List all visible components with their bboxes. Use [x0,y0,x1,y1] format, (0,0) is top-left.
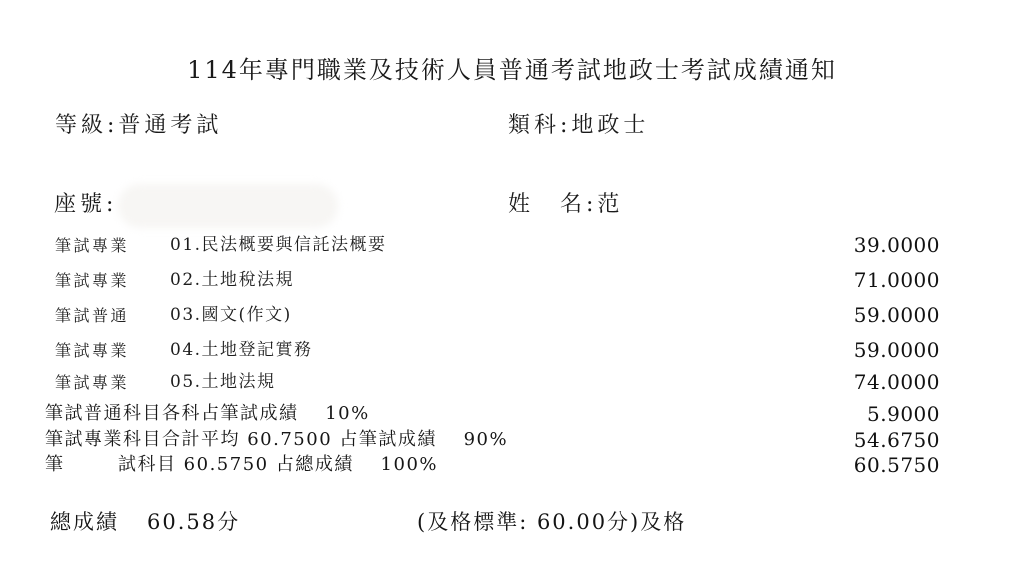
meta-row-identity: 座號: 姓 名:范 [0,191,1024,219]
subject-row: 筆試專業 05.土地法規 74.0000 [0,370,1024,398]
level-label: 等級: [55,113,118,138]
seat-field: 座號: [54,191,117,219]
document-title: 114年專門職業及技術人員普通考試地政士考試成績通知 [0,50,1024,85]
name-value: 范 [597,192,623,217]
level-field: 等級:普通考試 [55,112,222,140]
subject-score: 39.0000 [854,233,940,258]
subject-name: 03.國文(作文) [170,305,292,326]
subject-score: 74.0000 [854,370,940,395]
passing-note: (及格標準: 60.00分)及格 [417,509,686,535]
subject-name: 04.土地登記實務 [170,340,313,361]
subject-row: 筆試專業 01.民法概要與信託法概要 39.0000 [0,233,1024,261]
name-field: 姓 名:范 [508,191,623,219]
summary-score: 60.5750 [854,453,940,478]
subject-name: 05.土地法規 [170,372,276,393]
summary-label: 筆試普通科目各科占筆試成績 10% [45,403,370,426]
subject-score: 59.0000 [854,303,940,328]
category-value: 地政士 [571,113,649,138]
subject-type: 筆試專業 [55,236,129,256]
subject-row: 筆試專業 04.土地登記實務 59.0000 [0,338,1024,366]
subject-type: 筆試普通 [55,306,129,326]
summary-row: 筆試專業科目合計平均 60.7500 占筆試成績 90% 54.6750 [0,428,1024,456]
subject-name: 02.土地稅法規 [170,270,294,291]
summary-row: 筆 試科目 60.5750 占總成績 100% 60.5750 [0,453,1024,481]
score-notice-document: 114年專門職業及技術人員普通考試地政士考試成績通知 等級:普通考試 類科:地政… [0,0,1024,584]
summary-score: 54.6750 [854,428,940,453]
subject-score: 59.0000 [854,338,940,363]
meta-row-level: 等級:普通考試 類科:地政士 [0,112,1024,140]
level-value: 普通考試 [118,113,222,138]
subject-name: 01.民法概要與信託法概要 [170,235,387,256]
name-label: 姓 名: [508,192,597,217]
category-field: 類科:地政士 [508,112,649,140]
summary-label: 筆試專業科目合計平均 60.7500 占筆試成績 90% [45,429,508,452]
subject-type: 筆試專業 [55,373,129,393]
subject-row: 筆試專業 02.土地稅法規 71.0000 [0,268,1024,296]
total-label: 總成績 [50,509,119,535]
summary-score: 5.9000 [867,402,940,427]
total-value: 60.58分 [147,509,240,535]
total-row: 總成績 60.58分 (及格標準: 60.00分)及格 [0,509,1024,537]
subject-type: 筆試專業 [55,341,129,361]
seat-label: 座號: [54,192,117,217]
subject-score: 71.0000 [854,268,940,293]
summary-label: 筆 試科目 60.5750 占總成績 100% [45,454,438,477]
summary-row: 筆試普通科目各科占筆試成績 10% 5.9000 [0,402,1024,430]
subject-type: 筆試專業 [55,271,129,291]
category-label: 類科: [508,113,571,138]
subject-row: 筆試普通 03.國文(作文) 59.0000 [0,303,1024,331]
